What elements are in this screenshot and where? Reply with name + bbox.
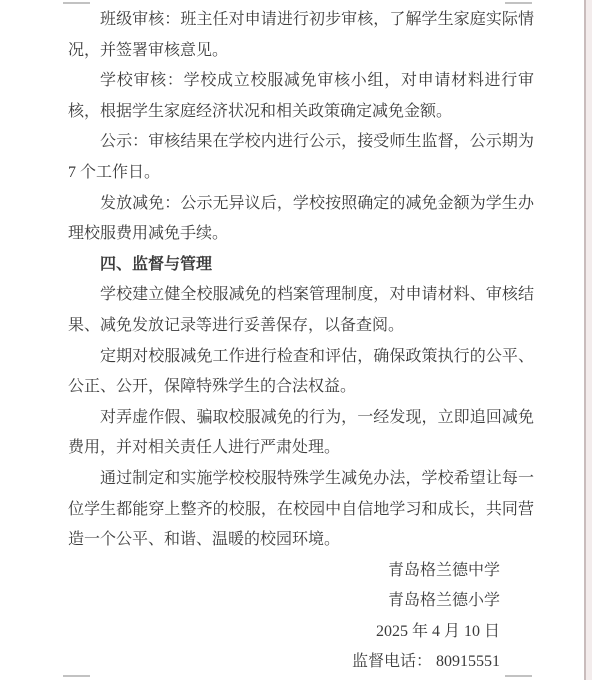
- outside-page-area: [586, 0, 592, 680]
- paragraph-periodic-inspection: 定期对校服减免工作进行检查和评估，确保政策执行的公平、公正、公开，保障特殊学生的…: [68, 342, 534, 403]
- paragraph-public-notice: 公示：审核结果在学校内进行公示，接受师生监督，公示期为 7 个工作日。: [68, 127, 534, 188]
- paragraph-class-review: 班级审核：班主任对申请进行初步审核，了解学生家庭实际情况，并签署审核意见。: [68, 5, 534, 66]
- signature-school-middle: 青岛格兰德中学: [68, 556, 534, 587]
- paragraph-closing: 通过制定和实施学校校服特殊学生减免办法，学校希望让每一位学生都能穿上整齐的校服，…: [68, 464, 534, 556]
- margin-mark-top-left: [63, 2, 90, 4]
- section-heading-supervision-management: 四、监督与管理: [68, 250, 534, 281]
- document-page: 班级审核：班主任对申请进行初步审核，了解学生家庭实际情况，并签署审核意见。 学校…: [0, 0, 592, 680]
- paragraph-grant-reduction: 发放减免：公示无异议后，学校按照确定的减免金额为学生办理校服费用减免手续。: [68, 189, 534, 250]
- paragraph-school-review: 学校审核：学校成立校服减免审核小组，对申请材料进行审核，根据学生家庭经济状况和相…: [68, 66, 534, 127]
- margin-mark-top-right: [505, 2, 532, 4]
- supervision-phone: 监督电话： 80915551: [68, 647, 534, 678]
- signature-date: 2025 年 4 月 10 日: [68, 617, 534, 648]
- signature-school-primary: 青岛格兰德小学: [68, 586, 534, 617]
- paragraph-archive-management: 学校建立健全校服减免的档案管理制度，对申请材料、审核结果、减免发放记录等进行妥善…: [68, 280, 534, 341]
- document-body: 班级审核：班主任对申请进行初步审核，了解学生家庭实际情况，并签署审核意见。 学校…: [68, 5, 534, 678]
- paragraph-fraud-handling: 对弄虚作假、骗取校服减免的行为，一经发现，立即追回减免费用，并对相关责任人进行严…: [68, 403, 534, 464]
